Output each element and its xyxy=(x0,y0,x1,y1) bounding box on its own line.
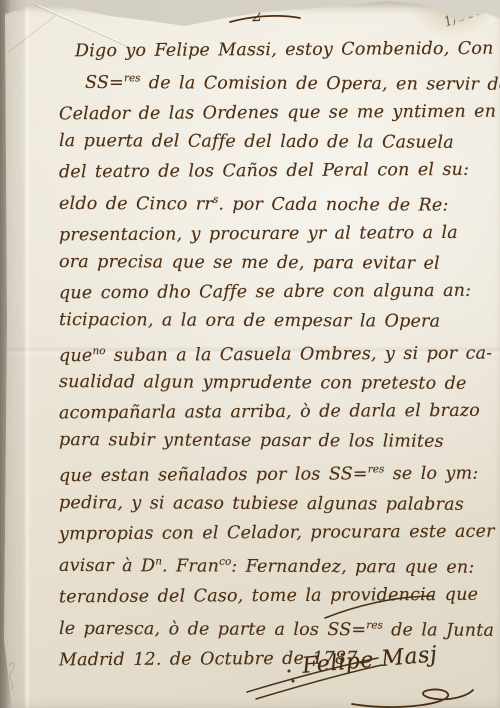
manuscript-lines: Digo yo Felipe Massi, estoy Combenido, C… xyxy=(59,36,494,674)
header-strike-stroke xyxy=(230,16,300,22)
manuscript-line: ora precisa que se me de, para evitar el xyxy=(59,248,494,279)
signature-dot-2 xyxy=(292,680,295,683)
paper-sheet: 2 1/113 Digo yo Felipe Massi, estoy Comb… xyxy=(0,0,500,708)
manuscript-line: eldo de Cinco rrs. por Cada noche de Re: xyxy=(59,185,494,221)
manuscript-line: que como dho Caffe se abre con alguna an… xyxy=(59,276,494,308)
manuscript-line: pedira, y si acaso tubiese algunas palab… xyxy=(59,489,494,520)
manuscript-line: para subir yntentase pasar de los limite… xyxy=(59,427,494,458)
folio-number: 1/113 xyxy=(441,1,485,30)
manuscript-line: queno suban a la Casuela Ombres, y si po… xyxy=(59,334,494,370)
margin-pencil-mark xyxy=(9,663,14,690)
manuscript-line: Celador de las Ordenes que se me yntimen… xyxy=(59,97,494,129)
manuscript-line: le paresca, ò de parte a los SS=res de l… xyxy=(59,610,494,646)
manuscript-line: SS=res de la Comision de Opera, en servi… xyxy=(85,64,494,100)
manuscript-line: del teatro de los Caños del Peral con el… xyxy=(59,155,494,187)
manuscript-line: sualidad algun ymprudente con pretesto d… xyxy=(59,369,494,400)
page-number-mark: 2 xyxy=(251,6,262,26)
manuscript-line: la puerta del Caffe del lado de la Casue… xyxy=(59,127,494,158)
scanned-document: 2 1/113 Digo yo Felipe Massi, estoy Comb… xyxy=(0,0,500,708)
manuscript-line: que estan señalados por los SS=res se lo… xyxy=(59,455,494,491)
manuscript-line: Digo yo Felipe Massi, estoy Combenido, C… xyxy=(75,35,494,67)
manuscript-line: terandose del Caso, tome la providencia … xyxy=(59,581,494,613)
signature-loop xyxy=(352,689,473,707)
manuscript-line: acompañarla asta arriba, ò de darla el b… xyxy=(59,397,494,429)
manuscript-line: presentacion, y procurare yr al teatro a… xyxy=(59,218,494,250)
manuscript-line: avisar à Dn. Franco: Fernandez, para que… xyxy=(59,547,494,583)
manuscript-line: ticipacion, a la ora de empesar la Opera xyxy=(59,306,494,337)
manuscript-line: ympropias con el Celador, procurara este… xyxy=(59,518,494,550)
